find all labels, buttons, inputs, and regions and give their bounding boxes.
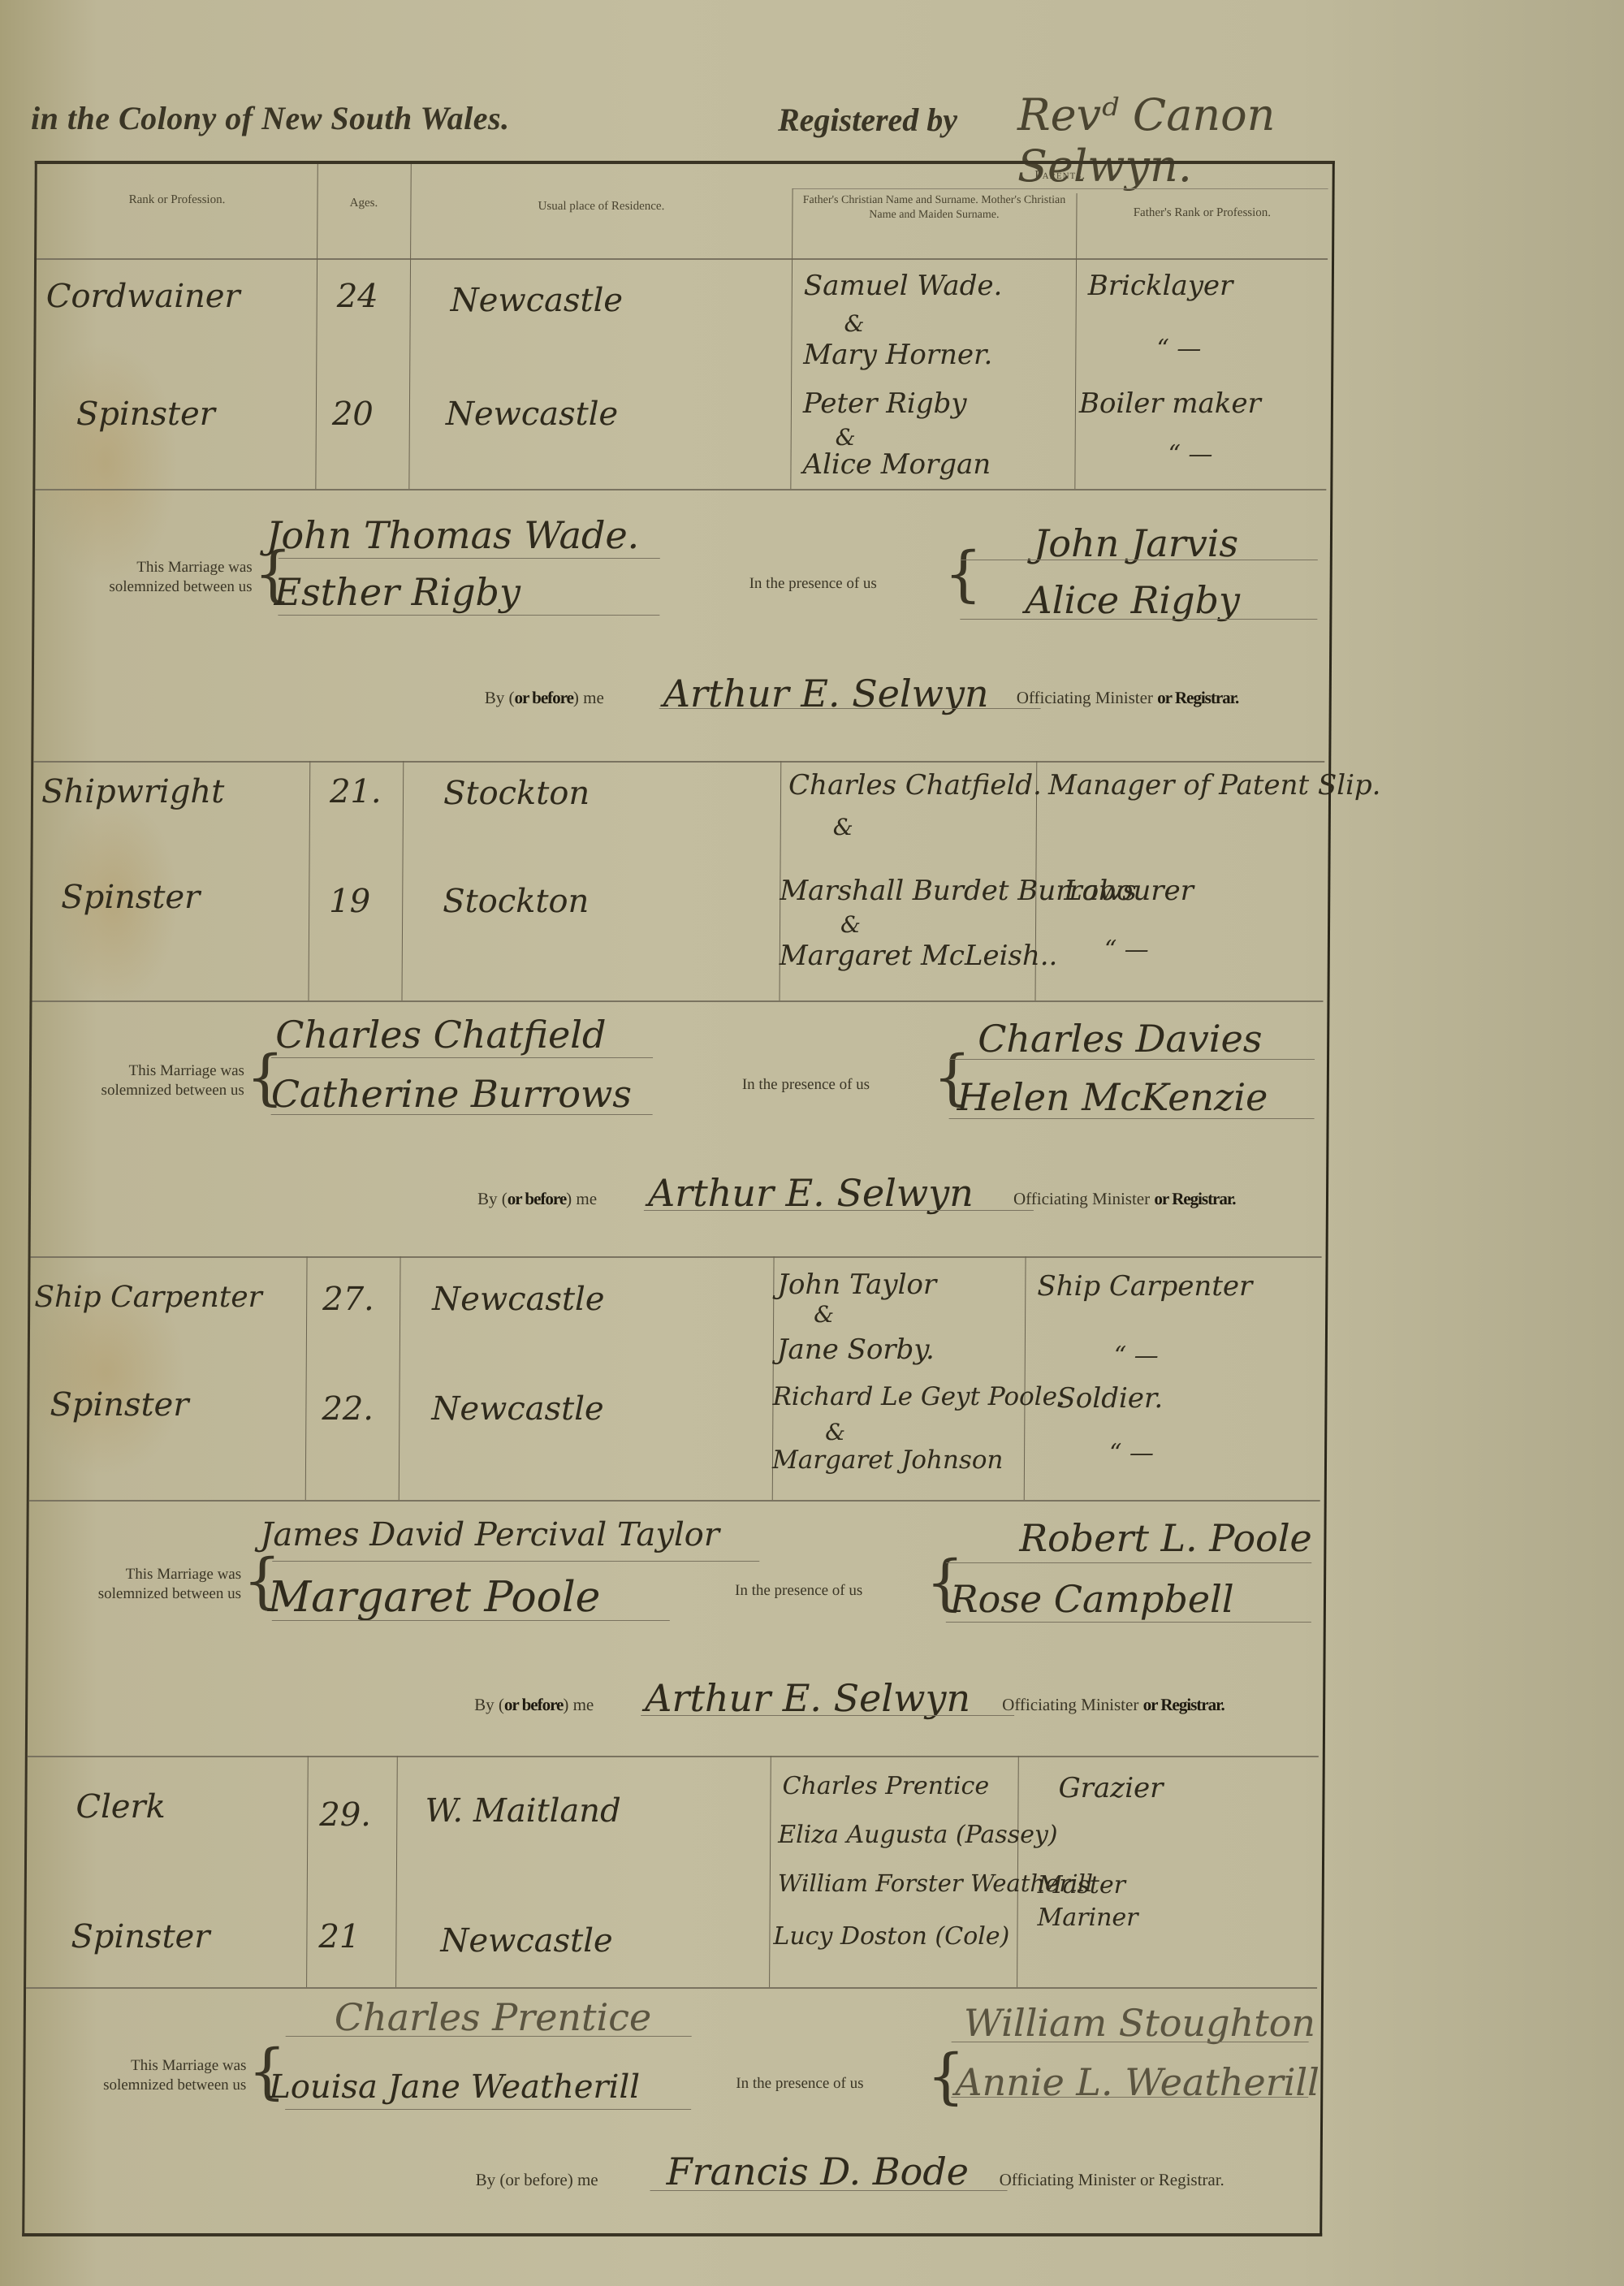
officiating-minister-text: Officiating Minister [1013, 1189, 1150, 1208]
divider [793, 188, 1328, 189]
or-before-text: or before [505, 2170, 568, 2189]
column-header-parent-names: Father's Christian Name and Surname. Mot… [792, 193, 1076, 258]
ditto-mark: “ — [1114, 1342, 1159, 1370]
bride-signature: Louisa Jane Weatherill [269, 2068, 640, 2106]
ampersand: & [814, 1301, 834, 1328]
colony-title: in the Colony of New South Wales. [31, 99, 510, 137]
ditto-mark: “ — [1168, 440, 1212, 469]
witness-1-signature: John Jarvis [1034, 521, 1239, 565]
groom-father-rank: Bricklayer [1088, 270, 1233, 302]
minister-signature: Arthur E. Selwyn [648, 1171, 974, 1215]
column-divider [305, 1256, 308, 1500]
groom-father: Samuel Wade. [804, 270, 1003, 302]
struck-or-registrar: or Registrar. [1154, 1189, 1235, 1208]
officiating-label: Officiating Minister or Registrar. [1000, 2170, 1224, 2190]
signature-line [961, 560, 1318, 560]
groom-residence: Newcastle [451, 282, 624, 319]
bride-mother: Alice Morgan [802, 448, 991, 481]
minister-signature: Francis D. Bode [667, 2150, 970, 2193]
signature-line [272, 1561, 759, 1562]
bride-age: 21 [318, 1918, 360, 1955]
bride-signature: Catherine Burrows [271, 1072, 633, 1116]
ampersand: & [836, 424, 856, 451]
bride-signature: Esther Rigby [274, 570, 520, 614]
by-before-me-label: By (or before) me [485, 688, 604, 708]
column-header-parents-label: Parents. [793, 164, 1328, 183]
bride-rank: Spinster [76, 395, 215, 433]
solemnized-label-line2: solemnized between us [35, 577, 253, 597]
registered-by-label: Registered by [778, 101, 957, 139]
column-header-rank-label: Rank or Profession. [37, 164, 317, 207]
signature-line [949, 1059, 1315, 1060]
groom-age: 24 [337, 278, 378, 315]
groom-mother: Eliza Augusta (Passey) [778, 1821, 1058, 1849]
groom-father-rank: Ship Carpenter [1037, 1270, 1252, 1303]
ditto-mark: “ — [1109, 1439, 1154, 1467]
struck-or-before: or before [504, 1695, 564, 1714]
bride-rank: Spinster [61, 879, 200, 916]
witness-2-signature: Helen McKenzie [957, 1075, 1268, 1119]
officiating-label: Officiating Minister or Registrar. [1013, 1189, 1236, 1209]
groom-residence: Stockton [443, 775, 590, 812]
bride-mother: Lucy Doston (Cole) [773, 1922, 1009, 1951]
by-prefix: By ( [474, 1695, 504, 1714]
divider [32, 1000, 1323, 1002]
signature-line [278, 615, 659, 616]
witness-2-signature: Rose Campbell [950, 1577, 1234, 1621]
groom-father-rank: Grazier [1058, 1772, 1163, 1804]
column-divider [308, 761, 310, 1000]
bride-mother: Margaret Johnson [772, 1445, 1004, 1475]
groom-mother: Jane Sorby. [777, 1333, 935, 1366]
officiating-label: Officiating Minister or Registrar. [1002, 1695, 1224, 1715]
solemnized-label-line2: solemnized between us [32, 1081, 244, 1100]
witness-1-signature: William Stoughton [964, 2001, 1316, 2045]
groom-father-rank: Manager of Patent Slip. [1048, 769, 1381, 802]
groom-signature: James David Percival Taylor [260, 1516, 719, 1554]
groom-signature: Charles Chatfield [275, 1013, 607, 1057]
groom-age: 29. [319, 1796, 371, 1834]
groom-mother: Mary Horner. [803, 339, 992, 371]
by-suffix: ) me [573, 688, 604, 707]
solemnized-label-line1: This Marriage was [25, 2056, 246, 2076]
bride-residence: Stockton [443, 883, 589, 920]
ampersand: & [825, 1419, 845, 1445]
officiating-minister-text: Officiating Minister [1000, 2170, 1136, 2189]
bride-signature: Margaret Poole [268, 1573, 601, 1622]
column-header-ages: Ages. [317, 164, 411, 260]
presence-label: In the presence of us [736, 2074, 939, 2094]
column-header-residence: Usual place of Residence. [410, 164, 793, 260]
divider [35, 489, 1326, 490]
divider [31, 1256, 1322, 1258]
groom-rank: Shipwright [41, 773, 224, 810]
by-suffix: ) me [568, 2170, 598, 2189]
signature-line [644, 1210, 1034, 1211]
presence-label: In the presence of us [735, 1581, 938, 1601]
signature-line [960, 619, 1317, 620]
groom-signature: Charles Prentice [335, 1995, 652, 2039]
column-header-residence-label: Usual place of Residence. [410, 164, 792, 214]
presence-label: In the presence of us [749, 574, 952, 594]
struck-or-registrar: or Registrar. [1143, 1695, 1224, 1714]
struck-or-before: or before [508, 1189, 567, 1208]
groom-rank: Cordwainer [46, 278, 240, 315]
signature-line [285, 2109, 691, 2110]
groom-age: 21. [330, 773, 382, 810]
bride-age: 22. [322, 1390, 374, 1428]
column-header-father-rank-label: Father's Rank or Profession. [1076, 205, 1328, 221]
groom-residence: W. Maitland [425, 1792, 621, 1830]
bride-residence: Newcastle [440, 1922, 613, 1960]
solemnized-label-line1: This Marriage was [35, 558, 253, 577]
signature-line [951, 2097, 1308, 2098]
divider [33, 761, 1324, 763]
signature-line [271, 1057, 653, 1058]
solemnized-label: This Marriage was solemnized between us [32, 1061, 244, 1100]
officiating-minister-text: Officiating Minister [1002, 1695, 1138, 1714]
ampersand: & [844, 310, 864, 337]
groom-rank: Ship Carpenter [34, 1281, 262, 1314]
solemnized-label: This Marriage was solemnized between us [28, 1565, 241, 1604]
ditto-mark: “ — [1104, 936, 1149, 964]
bride-father-rank: Master Mariner [1037, 1869, 1199, 1934]
groom-father: Charles Chatfield. [788, 769, 1042, 802]
groom-rank: Clerk [76, 1788, 166, 1826]
divider [29, 1500, 1320, 1502]
signature-line [271, 1114, 653, 1115]
by-before-me-label: By (or before) me [474, 1695, 594, 1715]
solemnized-label-line2: solemnized between us [25, 2076, 246, 2095]
column-divider [769, 1756, 771, 1987]
by-suffix: ) me [563, 1695, 594, 1714]
divider [28, 1756, 1319, 1757]
officiating-label: Officiating Minister or Registrar. [1017, 688, 1239, 708]
bride-rank: Spinster [71, 1918, 209, 1955]
ditto-mark: “ — [1156, 335, 1201, 363]
column-header-father-rank: Father's Rank or Profession. [1076, 205, 1328, 253]
solemnized-label: This Marriage was solemnized between us [25, 2056, 246, 2095]
column-divider [1024, 1256, 1026, 1500]
by-suffix: ) me [566, 1189, 597, 1208]
signature-line [272, 1620, 670, 1621]
signature-line [946, 1562, 1311, 1563]
struck-or-registrar: or Registrar. [1157, 688, 1238, 707]
signature-line [946, 1622, 1311, 1623]
bride-age: 20 [332, 395, 374, 433]
column-divider [399, 1256, 401, 1500]
bride-residence: Newcastle [446, 395, 619, 433]
signature-line [279, 558, 660, 559]
signature-line [641, 1715, 1014, 1716]
signature-line [952, 2042, 1309, 2042]
groom-signature: John Thomas Wade. [266, 513, 640, 557]
ampersand: & [840, 911, 861, 938]
column-header-rank: Rank or Profession. [37, 164, 317, 260]
by-before-me-label: By (or before) me [477, 1189, 597, 1209]
by-prefix: By ( [476, 2170, 506, 2189]
witness-1-signature: Charles Davies [978, 1017, 1263, 1061]
by-prefix: By ( [485, 688, 515, 707]
solemnized-label-line1: This Marriage was [32, 1061, 244, 1081]
minister-signature: Arthur E. Selwyn [645, 1676, 970, 1720]
witness-1-signature: Robert L. Poole [1019, 1516, 1312, 1560]
divider [26, 1987, 1317, 1989]
presence-label: In the presence of us [742, 1075, 945, 1095]
bride-father: Peter Rigby [803, 387, 967, 420]
by-before-me-label: By (or before) me [476, 2170, 598, 2190]
column-divider [401, 761, 404, 1000]
witness-2-signature: Alice Rigby [1025, 578, 1240, 622]
signature-line [650, 2190, 1008, 2191]
column-divider [395, 1756, 398, 1987]
marriage-register-table: Rank or Profession. Ages. Usual place of… [22, 161, 1335, 2236]
groom-residence: Newcastle [432, 1281, 605, 1318]
by-prefix: By ( [477, 1189, 508, 1208]
bride-residence: Newcastle [431, 1390, 604, 1428]
signature-line [659, 708, 1041, 709]
bride-rank: Spinster [50, 1386, 188, 1424]
groom-age: 27. [322, 1281, 374, 1318]
solemnized-label-line1: This Marriage was [28, 1565, 241, 1584]
struck-or-before: or before [514, 688, 573, 707]
solemnized-label: This Marriage was solemnized between us [35, 558, 253, 597]
bride-father: Richard Le Geyt Poole. [772, 1382, 1065, 1411]
groom-father: John Taylor [777, 1268, 936, 1301]
bride-father-rank: Soldier. [1056, 1382, 1163, 1415]
register-header: in the Colony of New South Wales. Regist… [31, 89, 1411, 162]
column-header-parents: Parents. [793, 164, 1328, 188]
brace-icon: { [944, 544, 983, 604]
bride-father-rank: Labourer [1064, 875, 1194, 907]
solemnized-label-line2: solemnized between us [28, 1584, 241, 1604]
bride-father-rank: Boiler maker [1079, 387, 1261, 420]
bride-age: 19 [329, 883, 370, 920]
divider [37, 258, 1328, 260]
ampersand: & [833, 814, 853, 841]
signature-line [286, 2036, 692, 2037]
groom-father: Charles Prentice [782, 1772, 989, 1800]
signature-line [949, 1118, 1315, 1119]
or-registrar-text: or Registrar. [1140, 2170, 1224, 2189]
officiating-minister-text: Officiating Minister [1017, 688, 1153, 707]
column-header-ages-label: Ages. [317, 164, 410, 210]
bride-mother: Margaret McLeish.. [780, 940, 1058, 972]
column-divider [306, 1756, 309, 1987]
column-header-parent-names-label: Father's Christian Name and Surname. Mot… [792, 193, 1076, 223]
